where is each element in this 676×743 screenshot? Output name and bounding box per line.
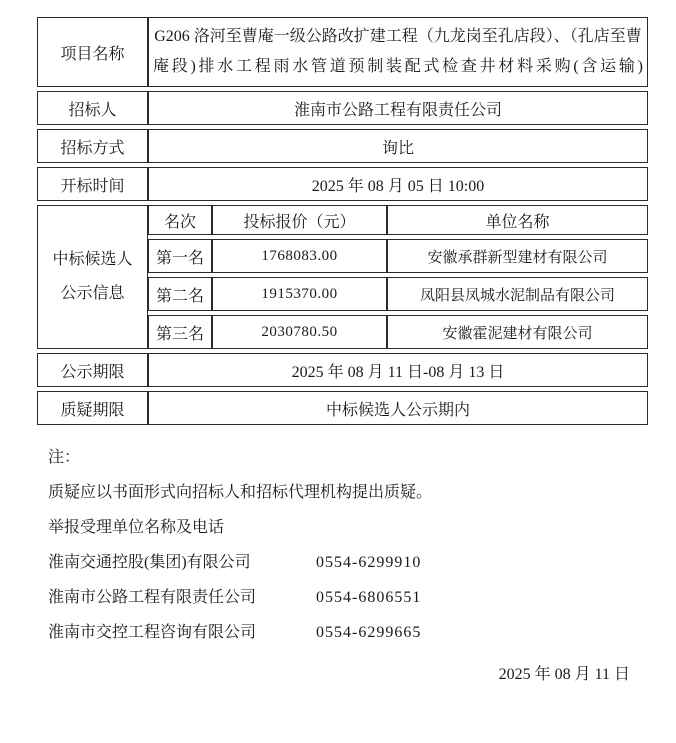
company-header: 单位名称: [387, 205, 648, 235]
contact-phone: 0554-6299665: [316, 615, 421, 650]
method-label: 招标方式: [37, 129, 148, 163]
company-cell: 安徽霍泥建材有限公司: [387, 315, 648, 349]
rank-cell: 第一名: [148, 239, 212, 273]
notes-section: 注： 质疑应以书面形式向招标人和招标代理机构提出质疑。 举报受理单位名称及电话 …: [48, 440, 630, 692]
publicity-period-label: 公示期限: [37, 353, 148, 387]
bid-result-table: 项目名称 G206 洛河至曹庵一级公路改扩建工程（九龙岗至孔店段）、（孔店至曹庵…: [37, 13, 648, 429]
publicity-period-row: 公示期限 2025 年 08 月 11 日-08 月 13 日: [37, 353, 648, 387]
publicity-period-value: 2025 年 08 月 11 日-08 月 13 日: [148, 353, 648, 387]
contact-phone: 0554-6806551: [316, 580, 421, 615]
note-title: 注：: [48, 440, 630, 475]
contact-phone: 0554-6299910: [316, 545, 421, 580]
bidder-row: 招标人 淮南市公路工程有限责任公司: [37, 91, 648, 125]
contact-name: 淮南市公路工程有限责任公司: [48, 580, 312, 615]
price-cell: 2030780.50: [212, 315, 387, 349]
candidates-section-label: 中标候选人 公示信息: [37, 205, 148, 349]
objection-instruction: 质疑应以书面形式向招标人和招标代理机构提出质疑。: [48, 475, 630, 510]
price-cell: 1768083.00: [212, 239, 387, 273]
open-time-label: 开标时间: [37, 167, 148, 201]
method-row: 招标方式 询比: [37, 129, 648, 163]
project-row: 项目名称 G206 洛河至曹庵一级公路改扩建工程（九龙岗至孔店段）、（孔店至曹庵…: [37, 17, 648, 87]
candidates-label-line1: 中标候选人: [42, 243, 143, 277]
candidates-label-line2: 公示信息: [42, 277, 143, 311]
contact-row-1: 淮南交通控股(集团)有限公司 0554-6299910: [48, 545, 630, 580]
contact-name: 淮南市交控工程咨询有限公司: [48, 615, 312, 650]
open-time-value: 2025 年 08 月 05 日 10:00: [148, 167, 648, 201]
method-value: 询比: [148, 129, 648, 163]
objection-period-row: 质疑期限 中标候选人公示期内: [37, 391, 648, 425]
open-time-row: 开标时间 2025 年 08 月 05 日 10:00: [37, 167, 648, 201]
project-name-value: G206 洛河至曹庵一级公路改扩建工程（九龙岗至孔店段）、（孔店至曹庵段)排水工…: [148, 17, 648, 87]
rank-header: 名次: [148, 205, 212, 235]
contact-row-2: 淮南市公路工程有限责任公司 0554-6806551: [48, 580, 630, 615]
company-cell: 安徽承群新型建材有限公司: [387, 239, 648, 273]
project-label: 项目名称: [37, 17, 148, 87]
candidates-header-row: 中标候选人 公示信息 名次 投标报价（元） 单位名称: [37, 205, 648, 235]
publication-date: 2025 年 08 月 11 日: [48, 657, 630, 692]
contact-row-3: 淮南市交控工程咨询有限公司 0554-6299665: [48, 615, 630, 650]
bidder-label: 招标人: [37, 91, 148, 125]
rank-cell: 第三名: [148, 315, 212, 349]
price-header: 投标报价（元）: [212, 205, 387, 235]
rank-cell: 第二名: [148, 277, 212, 311]
objection-period-label: 质疑期限: [37, 391, 148, 425]
report-heading: 举报受理单位名称及电话: [48, 510, 630, 545]
company-cell: 凤阳县凤城水泥制品有限公司: [387, 277, 648, 311]
price-cell: 1915370.00: [212, 277, 387, 311]
notice-page: 项目名称 G206 洛河至曹庵一级公路改扩建工程（九龙岗至孔店段）、（孔店至曹庵…: [0, 0, 676, 743]
bidder-value: 淮南市公路工程有限责任公司: [148, 91, 648, 125]
objection-period-value: 中标候选人公示期内: [148, 391, 648, 425]
contact-name: 淮南交通控股(集团)有限公司: [48, 545, 312, 580]
